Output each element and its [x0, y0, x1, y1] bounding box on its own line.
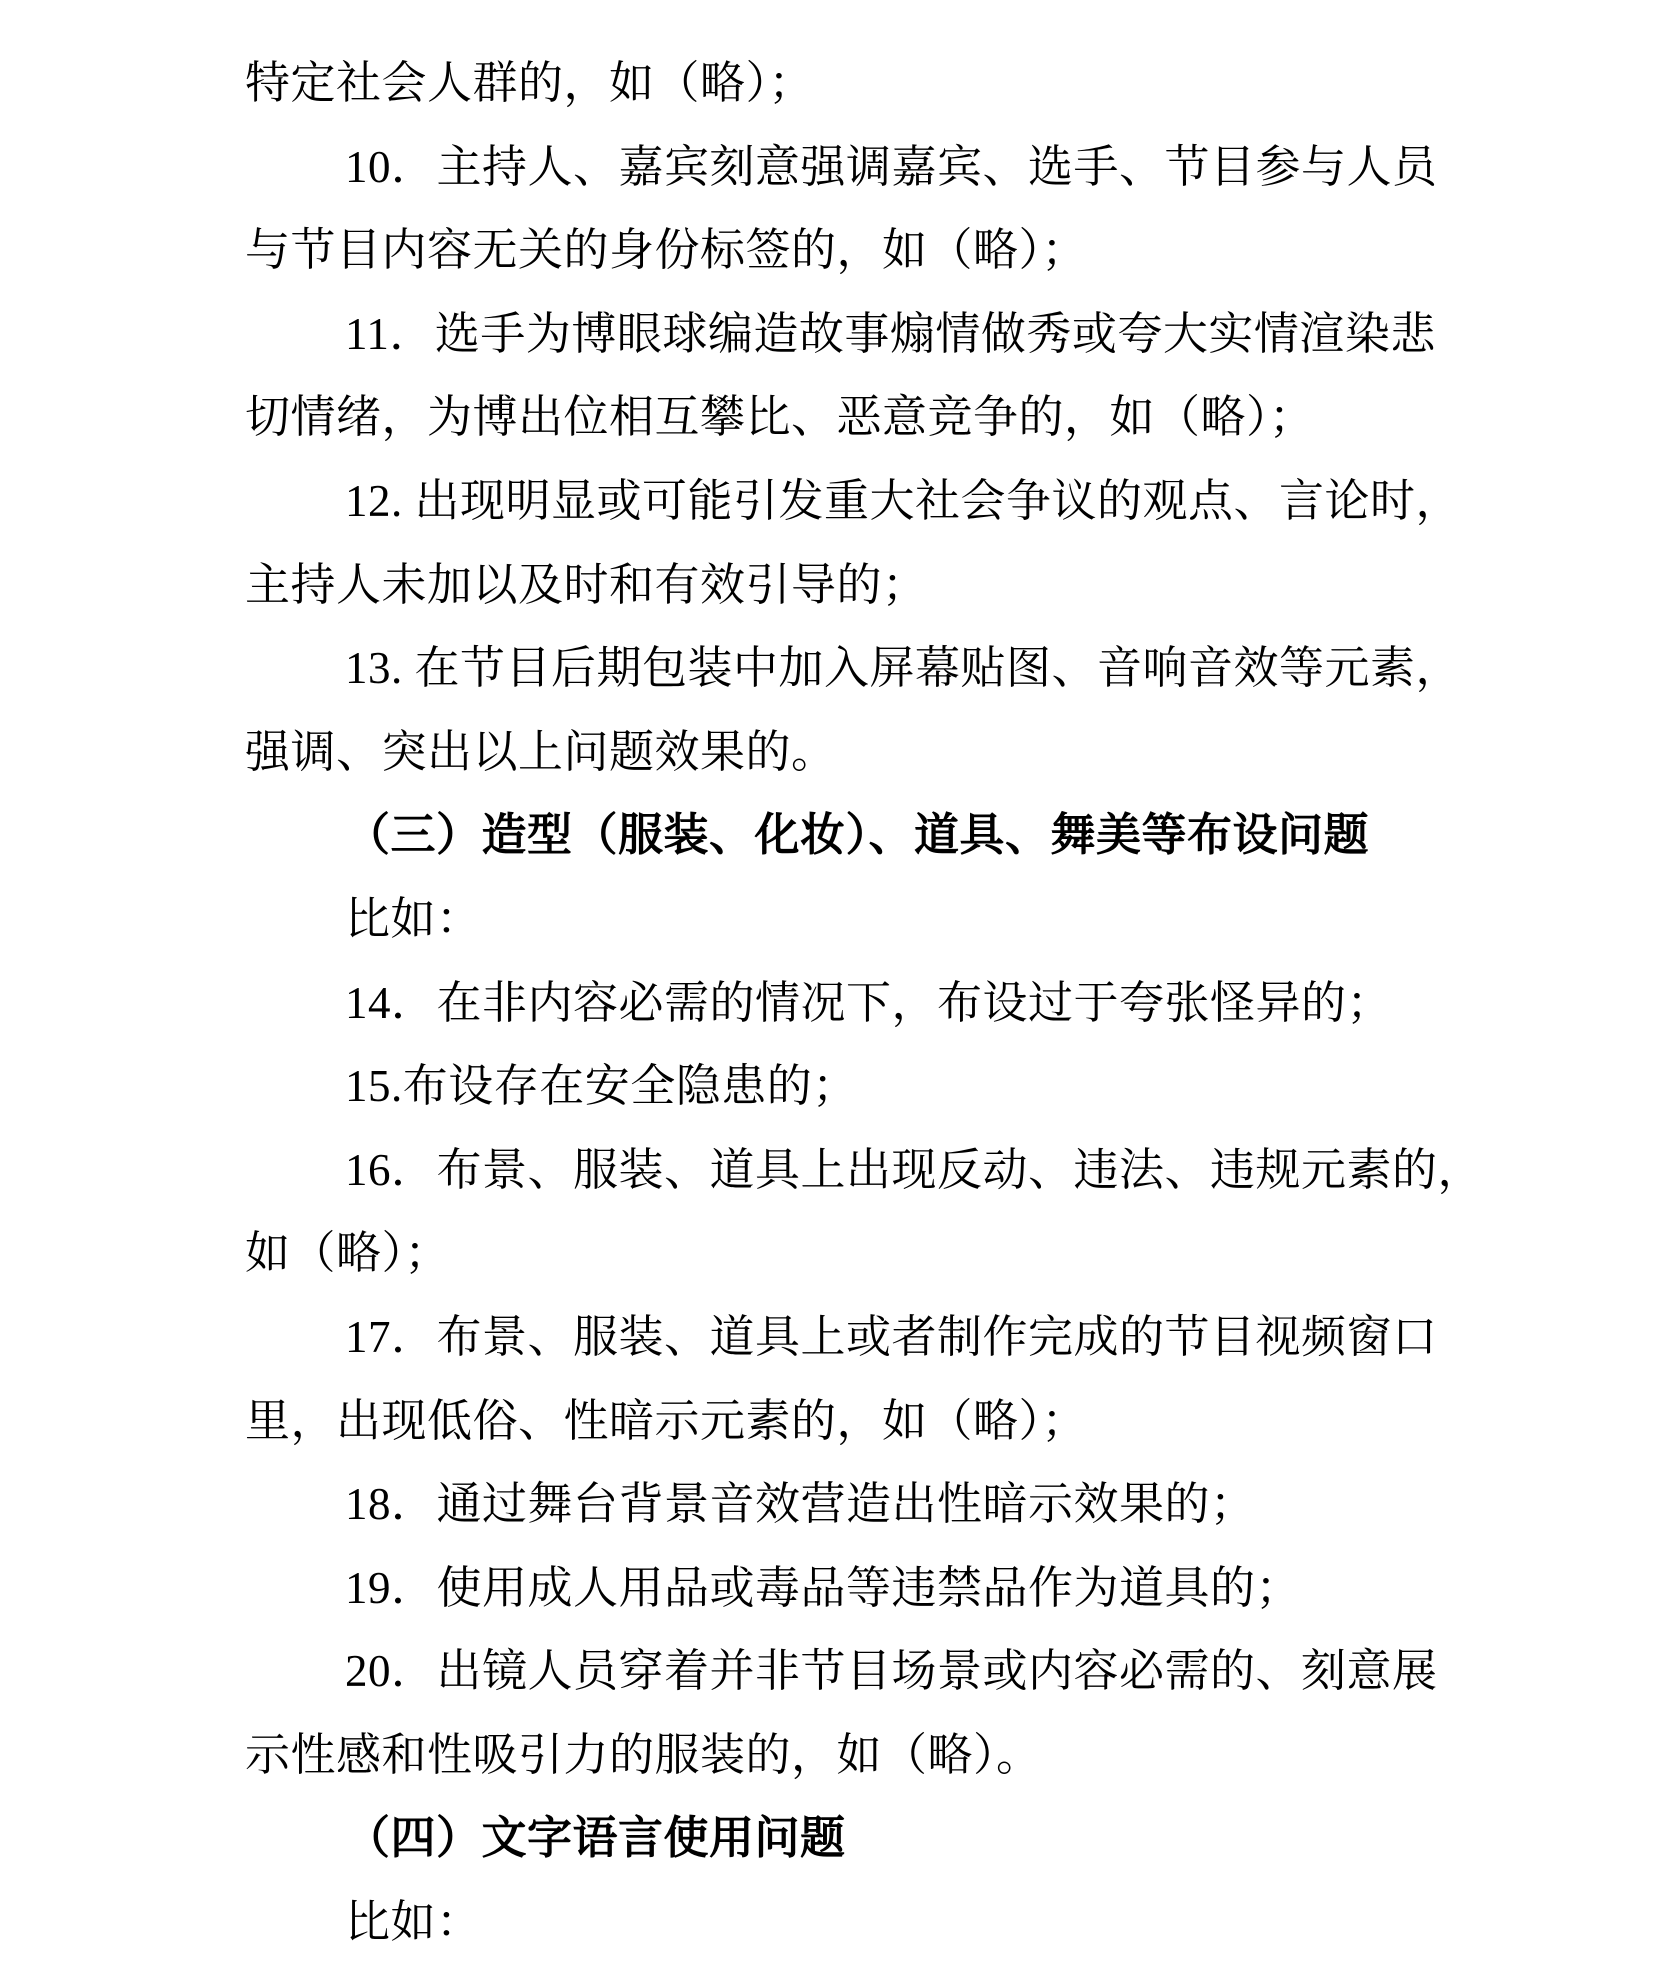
- text-line: 16．布景、服装、道具上出现反动、违法、违规元素的，: [245, 1129, 1475, 1213]
- text-line: 比如：: [245, 1881, 1475, 1962]
- text-line: 如（略）；: [245, 1212, 1475, 1296]
- text-line: 10．主持人、嘉宾刻意强调嘉宾、选手、节目参与人员: [245, 126, 1475, 210]
- text-line: （三）造型（服装、化妆）、道具、舞美等布设问题: [245, 794, 1475, 878]
- text-line: 20．出镜人员穿着并非节目场景或内容必需的、刻意展: [245, 1630, 1475, 1714]
- text-line: 与节目内容无关的身份标签的，如（略）；: [245, 209, 1475, 293]
- text-line: （四）文字语言使用问题: [245, 1797, 1475, 1881]
- text-line: 切情绪，为博出位相互攀比、恶意竞争的，如（略）；: [245, 376, 1475, 460]
- text-line: 14．在非内容必需的情况下，布设过于夸张怪异的；: [245, 962, 1475, 1046]
- text-line: 比如：: [245, 878, 1475, 962]
- text-line: 18．通过舞台背景音效营造出性暗示效果的；: [245, 1463, 1475, 1547]
- document-page: 特定社会人群的，如（略）；10．主持人、嘉宾刻意强调嘉宾、选手、节目参与人员与节…: [0, 0, 1653, 1962]
- text-line: 里，出现低俗、性暗示元素的，如（略）；: [245, 1380, 1475, 1464]
- text-line: 13. 在节目后期包装中加入屏幕贴图、音响音效等元素，: [245, 627, 1475, 711]
- document-body: 特定社会人群的，如（略）；10．主持人、嘉宾刻意强调嘉宾、选手、节目参与人员与节…: [245, 42, 1475, 1962]
- text-line: 12. 出现明显或可能引发重大社会争议的观点、言论时，: [245, 460, 1475, 544]
- text-line: 强调、突出以上问题效果的。: [245, 711, 1475, 795]
- text-line: 11．选手为博眼球编造故事煽情做秀或夸大实情渲染悲: [245, 293, 1475, 377]
- text-line: 特定社会人群的，如（略）；: [245, 42, 1475, 126]
- text-line: 19．使用成人用品或毒品等违禁品作为道具的；: [245, 1547, 1475, 1631]
- text-line: 示性感和性吸引力的服装的，如（略）。: [245, 1714, 1475, 1798]
- text-line: 15.布设存在安全隐患的；: [245, 1045, 1475, 1129]
- text-line: 17．布景、服装、道具上或者制作完成的节目视频窗口: [245, 1296, 1475, 1380]
- text-line: 主持人未加以及时和有效引导的；: [245, 544, 1475, 628]
